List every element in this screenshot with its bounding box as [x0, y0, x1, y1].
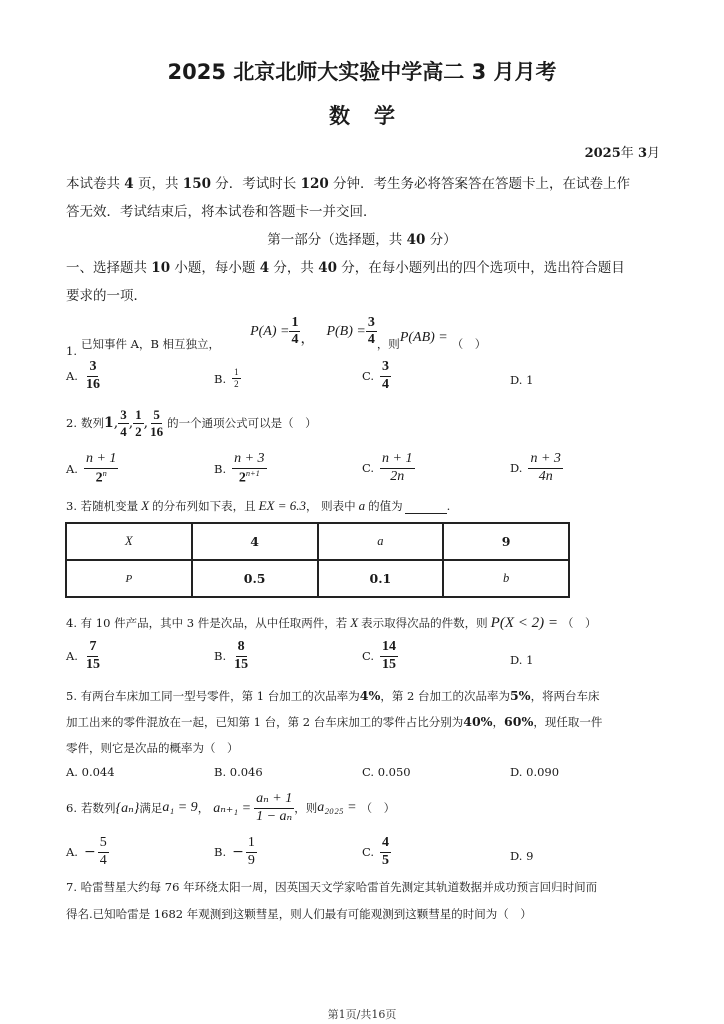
numerator: 3	[118, 408, 129, 424]
option-label: B.	[214, 845, 226, 859]
option-label: A.	[66, 765, 78, 779]
q4-option-d: D. 1	[510, 653, 533, 667]
denominator: 2	[133, 424, 144, 439]
math-var: X	[141, 498, 149, 513]
text: 表示取得次品的件数，则	[361, 616, 488, 630]
fraction: n + 32n+1	[232, 452, 266, 486]
question-number: 5.	[66, 689, 77, 703]
question-1: 1. 已知事件 A，B 相互独立， P(A) = 14， P(B) = 34 ，…	[66, 314, 486, 358]
denominator: 4	[366, 332, 377, 348]
text: 若数列	[81, 800, 116, 816]
numerator: 1	[232, 368, 241, 379]
question-number: 1.	[66, 344, 77, 358]
math-var: a	[359, 498, 366, 513]
q6-option-c: C.45	[362, 836, 391, 868]
text: 分，共	[269, 260, 318, 276]
q2-option-a: A.n + 12n	[66, 452, 118, 486]
option-label: D.	[510, 373, 522, 387]
sequence-term: 516	[148, 408, 165, 438]
q2-option-b: B.n + 32n+1	[214, 452, 267, 486]
part-one-heading: 第一部分（选择题，共 40 分）	[0, 228, 724, 248]
question-7-line-1: 7. 哈雷彗星大约每 76 年环绕太阳一周，因英国天文学家哈雷首先测定其轨道数据…	[66, 879, 597, 895]
q4-option-b: B.815	[214, 640, 250, 672]
math-text: P(B) =	[326, 324, 365, 340]
instructions-line-1: 本试卷共 4 页，共 150 分．考试时长 120 分钟．考生务必将答案答在答题…	[66, 172, 630, 192]
fraction: 19	[246, 836, 257, 868]
option-label: B.	[214, 372, 226, 386]
numerator: 3	[366, 316, 377, 333]
q4-option-c: C.1415	[362, 640, 398, 672]
text: ，则	[294, 800, 317, 816]
duration: 120	[301, 176, 329, 192]
text: 分，在每小题列出的四个选项中，选出符合题目	[337, 260, 625, 276]
question-4: 4. 有 10 件产品，其中 3 件是次品，从中任取两件，若X表示取得次品的件数…	[66, 615, 596, 632]
option-label: C.	[362, 845, 374, 859]
option-label: A.	[66, 845, 78, 859]
num: 4	[260, 260, 269, 276]
numerator: 3	[87, 360, 98, 377]
question-number: 7.	[66, 880, 77, 894]
text: 数列	[81, 415, 104, 431]
percent: 40%	[463, 714, 492, 729]
text: 加工出来的零件混放在一起，已知第 1 台，第 2 台车床加工的零件占比分别为	[66, 715, 463, 729]
answer-blank: （ ）	[361, 800, 396, 816]
text: 满足	[139, 800, 162, 816]
denominator: 4	[118, 424, 129, 439]
text: 若随机变量	[81, 499, 139, 513]
fraction: 54	[98, 836, 109, 868]
answer-blank: （ ）	[562, 616, 597, 630]
q1-option-b: B.12	[214, 368, 241, 390]
option-label: D.	[510, 849, 522, 863]
question-stem: 已知事件 A，B 相互独立，	[81, 336, 220, 352]
percent: 4%	[360, 688, 381, 703]
option-label: A.	[66, 462, 78, 476]
numerator: n + 3	[528, 452, 562, 469]
option-label: C.	[362, 649, 374, 663]
instructions-line-2: 答无效．考试结束后，将本试卷和答题卡一并交回．	[66, 200, 377, 220]
math-expression: P(X < 2) =	[491, 615, 558, 631]
q2-option-c: C.n + 12n	[362, 452, 415, 484]
q6-option-b: B.−19	[214, 836, 257, 868]
num: 40	[318, 260, 337, 276]
math-target: a₂₀₂₅ =	[317, 800, 356, 816]
answer-blank[interactable]	[405, 499, 447, 514]
sign: −	[232, 844, 244, 860]
math-text: P(A) =	[250, 324, 289, 340]
question-3: 3. 若随机变量X的分布列如下表，且EX = 6.3， 则表中a的值为 .	[66, 498, 450, 514]
text: 有两台车床加工同一型号零件，第 1 台加工的次品率为	[81, 689, 360, 703]
option-value: 9	[526, 849, 533, 863]
date-month-unit: 月	[647, 146, 660, 161]
text: ，现任取一件	[533, 715, 602, 729]
question-number: 4.	[66, 616, 77, 630]
question-7-line-2: 得名.已知哈雷是 1682 年观测到这颗彗星，则人们最有可能观测到这颗彗星的时间…	[66, 906, 532, 922]
numerator: n + 1	[380, 452, 414, 469]
option-label: B.	[214, 649, 226, 663]
text: 页，共	[134, 176, 183, 192]
text: .	[447, 499, 451, 513]
fraction: 12	[232, 368, 241, 390]
percent: 5%	[510, 688, 531, 703]
text: 一、选择题共	[66, 260, 151, 276]
text: ，将两台车床	[531, 689, 600, 703]
text: 的值为	[368, 499, 403, 513]
exam-date: 2025年 3月	[585, 142, 660, 161]
num: 10	[151, 260, 170, 276]
denominator: 15	[380, 657, 398, 673]
option-label: C.	[362, 461, 374, 475]
q4-option-a: A.715	[66, 640, 102, 672]
text: ，第 2 台加工的次品率为	[380, 689, 510, 703]
percent: 60%	[504, 714, 533, 729]
date-year-unit: 年	[621, 146, 634, 161]
text: 分钟．考生务必将答案答在答题卡上，在试卷上作	[329, 176, 630, 192]
table-cell: X	[66, 523, 192, 560]
option-value: 0.050	[378, 765, 411, 779]
text: 哈雷彗星大约每 76 年环绕太阳一周，因英国天文学家哈雷首先测定其轨道数据并成功…	[81, 880, 597, 894]
denominator: 5	[380, 853, 391, 869]
option-label: C.	[362, 765, 374, 779]
option-value: 0.044	[82, 765, 115, 779]
text: 的分布列如下表，且	[152, 499, 256, 513]
text: 分．考试时长	[211, 176, 301, 192]
section-one-instructions: 一、选择题共 10 小题，每小题 4 分，共 40 分，在每小题列出的四个选项中…	[66, 256, 625, 276]
table-row: P 0.5 0.1 b	[66, 560, 569, 597]
numerator: 1	[289, 316, 300, 333]
denominator: 1 − aₙ	[254, 809, 294, 825]
denominator-exponent: n+1	[246, 469, 260, 478]
numerator: aₙ + 1	[254, 792, 294, 809]
page-number: 第1页/共16页	[0, 1006, 724, 1022]
sequence-term: 1	[104, 415, 114, 431]
denominator: 15	[84, 657, 102, 673]
table-cell: 0.5	[192, 560, 318, 597]
question-number: 6.	[66, 801, 77, 815]
numerator: n + 3	[232, 452, 266, 469]
date-year: 2025	[585, 146, 621, 161]
math-recurrence-lhs: aₙ₊₁ =	[213, 800, 251, 817]
section-one-instructions-2: 要求的一项．	[66, 284, 147, 304]
option-label: A.	[66, 649, 78, 663]
fraction: 715	[84, 640, 102, 672]
math-var: X	[350, 615, 358, 630]
denominator: 2	[232, 379, 241, 389]
q6-option-a: A.−54	[66, 836, 109, 868]
total-score: 150	[183, 176, 211, 192]
table-cell: P	[66, 560, 192, 597]
text: 分）	[425, 232, 456, 248]
subject-title: 数学	[0, 100, 724, 130]
question-number: 2.	[66, 416, 77, 430]
question-5-line-2: 加工出来的零件混放在一起，已知第 1 台，第 2 台车床加工的零件占比分别为40…	[66, 714, 602, 730]
option-value: 1	[526, 373, 533, 387]
q5-option-d: D. 0.090	[510, 765, 559, 779]
denominator: 4	[380, 377, 391, 393]
math-sequence: {aₙ}	[115, 800, 139, 817]
q2-option-d: D.n + 34n	[510, 452, 563, 484]
numerator: 4	[380, 836, 391, 853]
text: 的一个通项公式可以是（ ）	[167, 415, 317, 431]
text: ， 则表中	[306, 499, 356, 513]
table-row: X 4 a 9	[66, 523, 569, 560]
table-cell: 9	[443, 523, 569, 560]
text: ，	[493, 715, 505, 729]
denominator-base: 2	[96, 470, 103, 485]
question-5-line-3: 零件，则它是次品的概率为（ ）	[66, 740, 239, 756]
q1-option-d: D. 1	[510, 373, 533, 387]
denominator: 16	[84, 377, 102, 393]
question-number: 3.	[66, 499, 77, 513]
denominator: 15	[232, 657, 250, 673]
text: 小题，每小题	[170, 260, 260, 276]
q6-option-d: D. 9	[510, 849, 533, 863]
q1-option-a: A.316	[66, 360, 102, 392]
text: ，则	[377, 336, 400, 352]
page-count: 4	[124, 176, 133, 192]
question-6: 6. 若数列 {aₙ} 满足 a₁ = 9 ， aₙ₊₁ = aₙ + 11 −…	[66, 792, 395, 824]
fraction: 14	[289, 316, 300, 348]
question-2: 2. 数列 1, 34, 12, 516 的一个通项公式可以是（ ）	[66, 408, 317, 438]
sequence-term: 34	[118, 408, 129, 438]
fraction: n + 12n	[84, 452, 118, 486]
fraction: 34	[366, 316, 377, 348]
numerator: 14	[380, 640, 398, 657]
formula-pb: P(B) = 34	[326, 316, 376, 348]
numerator: n + 1	[84, 452, 118, 469]
option-label: B.	[214, 765, 226, 779]
numerator: 1	[246, 836, 257, 853]
option-value: 0.046	[230, 765, 263, 779]
denominator: 4	[98, 853, 109, 869]
denominator: 4	[289, 332, 300, 348]
table-cell: 0.1	[318, 560, 444, 597]
text: 第一部分（选择题，共	[267, 232, 406, 248]
option-label: A.	[66, 369, 78, 383]
date-month: 3	[638, 146, 647, 161]
q5-option-a: A. 0.044	[66, 765, 115, 779]
recurrence-fraction: aₙ + 11 − aₙ	[254, 792, 294, 824]
denominator-base: 2	[239, 470, 246, 485]
distribution-table: X 4 a 9 P 0.5 0.1 b	[65, 522, 570, 598]
option-label: D.	[510, 765, 522, 779]
denominator: 9	[246, 853, 257, 869]
option-label: C.	[362, 369, 374, 383]
fraction: 34	[380, 360, 391, 392]
formula-pa: P(A) = 14，	[250, 316, 314, 348]
numerator: 5	[151, 408, 162, 424]
table-cell: 4	[192, 523, 318, 560]
q5-option-c: C. 0.050	[362, 765, 411, 779]
fraction: 1415	[380, 640, 398, 672]
q5-option-b: B. 0.046	[214, 765, 263, 779]
numerator: 8	[236, 640, 247, 657]
numerator: 5	[98, 836, 109, 853]
part-score: 40	[407, 232, 426, 248]
sign: −	[84, 844, 96, 860]
answer-blank: （ ）	[452, 336, 487, 352]
numerator: 3	[380, 360, 391, 377]
fraction: 45	[380, 836, 391, 868]
math-expression: EX = 6.3	[259, 498, 306, 513]
fraction: n + 12n	[380, 452, 414, 484]
option-label: D.	[510, 461, 522, 475]
numerator: 7	[87, 640, 98, 657]
table-cell: b	[443, 560, 569, 597]
option-value: 0.090	[526, 765, 559, 779]
question-5-line-1: 5. 有两台车床加工同一型号零件，第 1 台加工的次品率为4%，第 2 台加工的…	[66, 688, 600, 704]
fraction: 815	[232, 640, 250, 672]
denominator: 4n	[537, 469, 555, 485]
denominator: 16	[148, 424, 165, 439]
math-text: P(AB) =	[400, 330, 448, 346]
option-value: 1	[526, 653, 533, 667]
table-cell: a	[318, 523, 444, 560]
fraction: 316	[84, 360, 102, 392]
text: ，	[198, 800, 210, 816]
option-label: D.	[510, 653, 522, 667]
math-initial: a₁ = 9	[162, 800, 197, 816]
denominator-exponent: n	[103, 469, 107, 478]
exam-title: 2025 北京北师大实验中学高二 3 月月考	[0, 56, 724, 86]
text: 有 10 件产品，其中 3 件是次品，从中任取两件，若	[81, 616, 348, 630]
fraction: n + 34n	[528, 452, 562, 484]
numerator: 1	[133, 408, 144, 424]
denominator: 2n	[388, 469, 406, 485]
q1-option-c: C.34	[362, 360, 391, 392]
option-label: B.	[214, 462, 226, 476]
text: 本试卷共	[66, 176, 124, 192]
sequence-term: 12	[133, 408, 144, 438]
